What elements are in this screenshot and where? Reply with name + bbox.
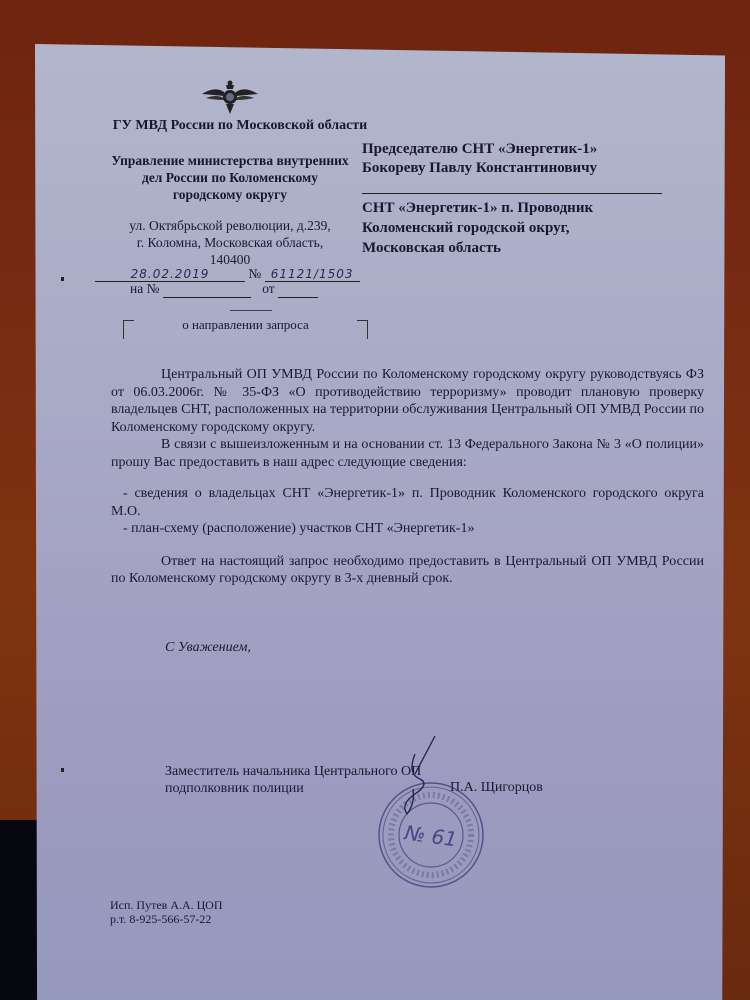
dark-background-corner [0,820,40,1000]
registration-date: 28.02.2019 [95,267,245,282]
body-paragraph-1: Центральный ОП УМВД России по Коломенско… [111,366,704,436]
body-paragraph-2: В связи с вышеизложенным и на основании … [111,436,704,471]
department-name: Управление министерства внутренних дел Р… [95,152,365,203]
recipient-divider [362,193,662,194]
reference-label: на № [130,281,159,296]
reference-line: на № от [130,281,318,298]
agency-name: ГУ МВД России по Московской области [95,118,385,134]
executor-info: Исп. Путев А.А. ЦОП р.т. 8-925-566-57-22 [110,898,223,926]
registration-line: 28.02.2019 № 61121/1503 [95,266,360,282]
body-paragraph-3: Ответ на настоящий запрос необходимо пре… [111,553,704,588]
handwritten-signature-icon [385,734,455,824]
letter-body: Центральный ОП УМВД России по Коломенско… [111,366,704,588]
recipient-address: СНТ «Энергетик-1» п. Проводник Коломенск… [362,198,672,258]
request-item-2: - план-схему (расположение) участков СНТ… [111,520,704,538]
mvd-eagle-emblem-icon [200,76,260,116]
punch-mark [61,768,64,772]
subject-line: о направлении запроса [123,317,368,333]
request-item-1: - сведения о владельцах СНТ «Энергетик-1… [111,485,704,520]
closing-phrase: С Уважением, [165,640,251,656]
subject-divider [230,310,272,311]
punch-mark [61,277,64,281]
registration-number: 61121/1503 [265,267,360,282]
svg-text:№ 61: № 61 [402,820,458,851]
department-address: ул. Октябрьской революции, д.239, г. Кол… [95,217,365,268]
reference-from-label: от [262,281,274,296]
document-paper: ГУ МВД России по Московской области Упра… [35,44,725,1000]
number-label: № [248,266,261,281]
recipient-name: Председателю СНТ «Энергетик-1» Бокореву … [362,140,672,178]
